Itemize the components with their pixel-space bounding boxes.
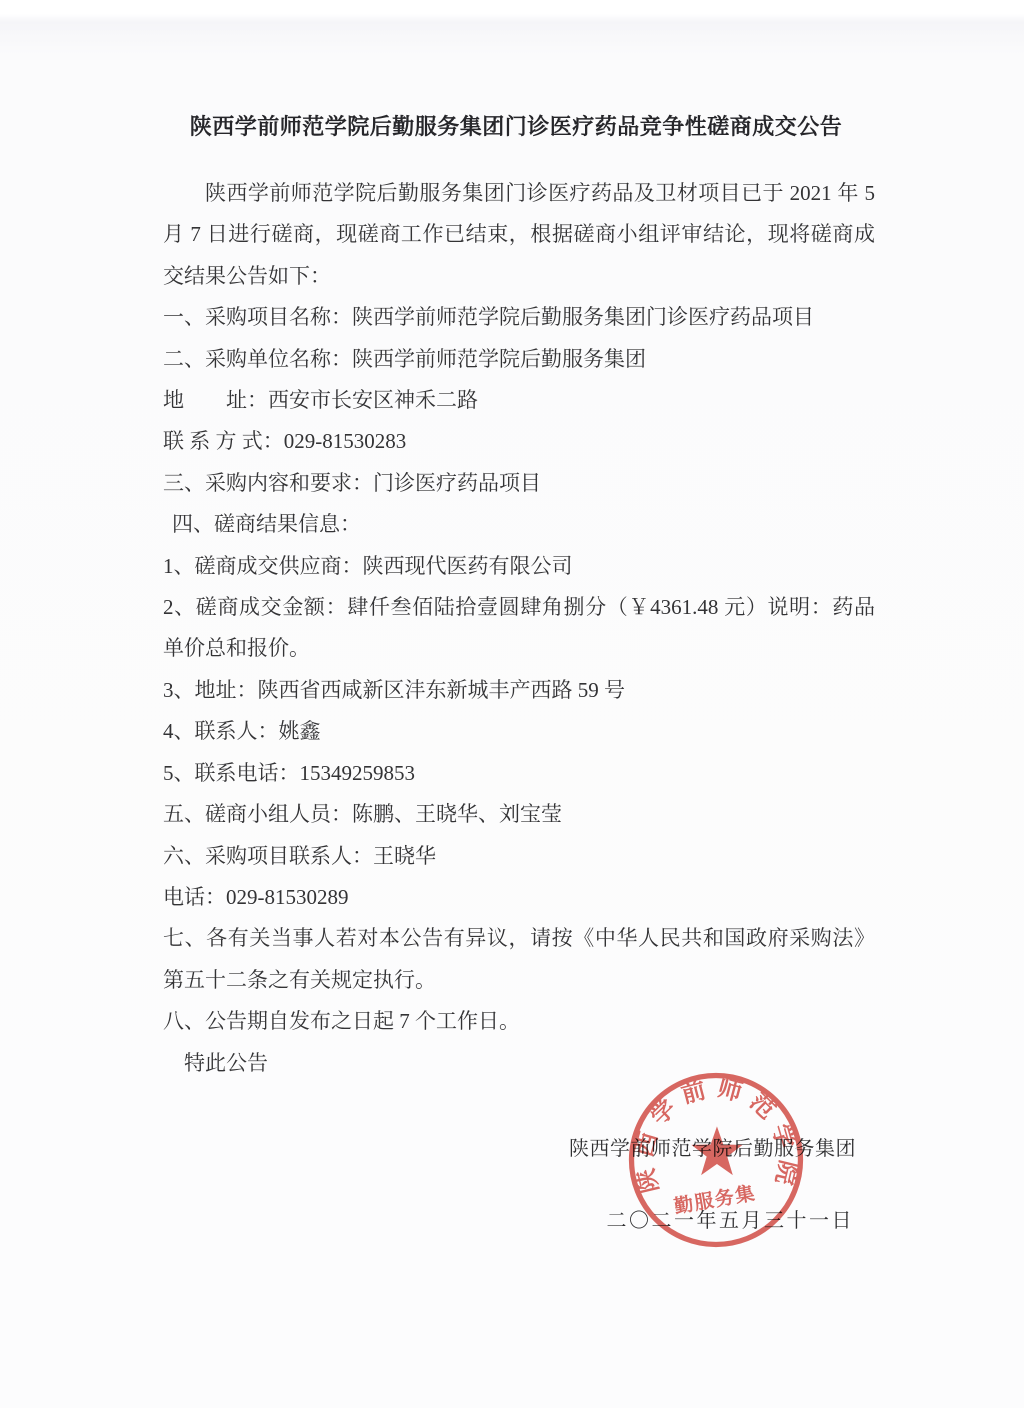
doc-paragraph-item4: 四、磋商结果信息： [163, 504, 875, 545]
seal-star-icon [691, 1126, 742, 1175]
scanned-document-page: 陕西学前师范学院后勤服务集团门诊医疗药品竞争性磋商成交公告 陕西学前师范学院后勤… [0, 0, 1024, 1408]
doc-paragraph-item6: 六、采购项目联系人：王晓华 [163, 836, 875, 877]
doc-paragraph-item2: 二、采购单位名称：陕西学前师范学院后勤服务集团 [163, 339, 875, 380]
document-body: 陕西学前师范学院后勤服务集团门诊医疗药品及卫材项目已于 2021 年 5 月 7… [163, 173, 875, 1084]
doc-paragraph-item7: 七、各有关当事人若对本公告有异议，请按《中华人民共和国政府采购法》第五十二条之有… [163, 918, 875, 1001]
doc-paragraph-item3: 三、采购内容和要求：门诊医疗药品项目 [163, 463, 875, 504]
page-title: 陕西学前师范学院后勤服务集团门诊医疗药品竞争性磋商成交公告 [158, 110, 874, 141]
doc-paragraph-contact: 联 系 方 式：029-81530283 [163, 421, 875, 462]
doc-paragraph-supplier-phone: 5、联系电话：15349259853 [163, 753, 875, 794]
official-seal: 陕西学前师范学院 后勤服务集团 [620, 1064, 812, 1256]
doc-paragraph-item5: 五、磋商小组人员：陈鹏、王晓华、刘宝莹 [163, 794, 875, 835]
doc-paragraph-intro: 陕西学前师范学院后勤服务集团门诊医疗药品及卫材项目已于 2021 年 5 月 7… [163, 173, 875, 297]
doc-paragraph-address: 地 址：西安市长安区神禾二路 [163, 380, 875, 421]
doc-paragraph-phone: 电话：029-81530289 [163, 877, 875, 918]
doc-paragraph-item8: 八、公告期自发布之日起 7 个工作日。 [163, 1001, 875, 1042]
doc-paragraph-supplier: 1、磋商成交供应商：陕西现代医药有限公司 [163, 546, 875, 587]
doc-paragraph-amount: 2、磋商成交金额：肆仟叁佰陆拾壹圆肆角捌分（￥4361.48 元）说明：药品单价… [163, 587, 875, 670]
doc-paragraph-supplier-address: 3、地址：陕西省西咸新区沣东新城丰产西路 59 号 [163, 670, 875, 711]
doc-paragraph-supplier-contact: 4、联系人：姚鑫 [163, 711, 875, 752]
doc-paragraph-item1: 一、采购项目名称：陕西学前师范学院后勤服务集团门诊医疗药品项目 [163, 297, 875, 338]
